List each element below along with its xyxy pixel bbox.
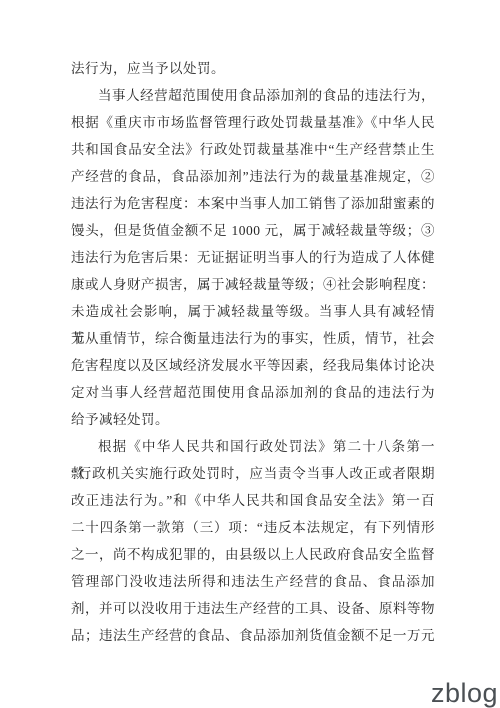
text-line: 二十四条第一款第（三）项：“违反本法规定，有下列情形	[71, 514, 435, 541]
text-line: 根据《重庆市市场监督管理行政处罚裁量基准》《中华人民	[71, 109, 435, 136]
text-line: 危害程度以及区域经济发展水平等因素，经我局集体讨论决	[71, 352, 435, 379]
text-line: 馒头，但是货值金额不足 1000 元，属于减轻裁量等级；③	[71, 217, 435, 244]
text-line: 康或人身财产损害，属于减轻裁量等级；④社会影响程度：	[71, 271, 435, 298]
text-line: 剂，并可以没收用于违法生产经营的工具、设备、原料等物	[71, 595, 435, 622]
text-line: 品；违法生产经营的食品、食品添加剂货值金额不足一万元	[71, 622, 435, 649]
document-page: 法行为，应当予以处罚。当事人经营超范围使用食品添加剂的食品的违法行为，根据《重庆…	[0, 0, 500, 708]
text-line: 法行为，应当予以处罚。	[71, 55, 435, 82]
text-line: 无从重情节，综合衡量违法行为的事实，性质，情节，社会	[71, 325, 435, 352]
text-line: 当事人经营超范围使用食品添加剂的食品的违法行为，	[71, 82, 435, 109]
text-line: 违法行为危害后果：无证据证明当事人的行为造成了人体健	[71, 244, 435, 271]
text-line: 产经营的食品，食品添加剂”违法行为的裁量基准规定，②	[71, 163, 435, 190]
text-line: 共和国食品安全法》行政处罚裁量基准中“生产经营禁止生	[71, 136, 435, 163]
document-text-block: 法行为，应当予以处罚。当事人经营超范围使用食品添加剂的食品的违法行为，根据《重庆…	[71, 55, 435, 649]
text-line: 管理部门没收违法所得和违法生产经营的食品、食品添加	[71, 568, 435, 595]
text-line: 改正违法行为。”和《中华人民共和国食品安全法》第一百	[71, 487, 435, 514]
text-line: “行政机关实施行政处罚时，应当责令当事人改正或者限期	[71, 460, 435, 487]
text-line: 给予减轻处罚。	[71, 406, 435, 433]
text-line: 违法行为危害程度：本案中当事人加工销售了添加甜蜜素的	[71, 190, 435, 217]
text-line: 未造成社会影响，属于减轻裁量等级。当事人具有减轻情节，	[71, 298, 435, 325]
watermark-zblog: zblog	[431, 680, 498, 707]
text-line: 根据《中华人民共和国行政处罚法》第二十八条第一款：	[71, 433, 435, 460]
text-line: 定对当事人经营超范围使用食品添加剂的食品的违法行为	[71, 379, 435, 406]
text-line: 之一，尚不构成犯罪的，由县级以上人民政府食品安全监督	[71, 541, 435, 568]
